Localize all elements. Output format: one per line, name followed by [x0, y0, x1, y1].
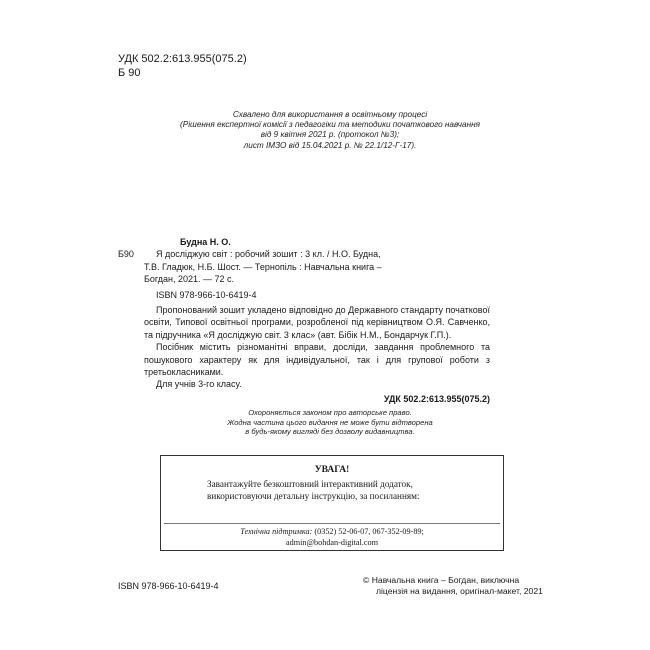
description-block: Б90 Я досліджую світ : робочий зошит : 3…	[118, 248, 490, 285]
bibliographic-record: Будна Н. О. Б90 Я досліджую світ : робоч…	[118, 236, 490, 405]
annotation-paragraph: Для учнів 3-го класу.	[144, 378, 490, 390]
attention-notice-box: УВАГА! Завантажуйте безкоштовний інтерак…	[160, 455, 504, 551]
approval-line: від 9 квітня 2021 р. (протокол №3);	[160, 130, 500, 140]
footer-copyright: © Навчальна книга – Богдан, виключна ліц…	[363, 575, 543, 596]
copyright-note-line: Охороняється законом про авторське право…	[160, 408, 500, 418]
support-label: Технічна підтримка:	[240, 527, 312, 536]
isbn: ISBN 978-966-10-6419-4	[118, 289, 490, 301]
support-email[interactable]: admin@bohdan-digital.com	[161, 538, 503, 549]
annotation: Пропонований зошит укладено відповідно д…	[118, 304, 490, 391]
approval-line: (Рішення експертної комісії з педагогіки…	[160, 120, 500, 130]
description-line: Т.В. Гладюк, Н.Б. Шост. — Тернопіль : На…	[144, 261, 490, 273]
copyright-protection-note: Охороняється законом про авторське право…	[160, 408, 500, 437]
approval-statement: Схвалено для використання в освітньому п…	[160, 110, 500, 151]
support-phones: (0352) 52-06-07, 067-352-09-89;	[312, 527, 423, 536]
copyright-line: © Навчальна книга – Богдан, виключна	[363, 575, 543, 586]
copyright-note-line: в будь-якому вигляді без дозволу видавни…	[160, 427, 500, 437]
copyright-line: ліцензія на видання, оригінал-макет, 202…	[363, 586, 543, 597]
tech-support: Технічна підтримка: (0352) 52-06-07, 067…	[161, 527, 503, 548]
notice-line: Завантажуйте безкоштовний інтерактивний …	[207, 478, 463, 490]
description-line: Я досліджую світ : робочий зошит : 3 кл.…	[144, 248, 490, 260]
approval-line: Схвалено для використання в освітньому п…	[160, 110, 500, 120]
notice-title: УВАГА!	[161, 465, 503, 475]
approval-line: лист ІМЗО від 15.04.2021 р. № 22.1/12-Г-…	[160, 141, 500, 151]
bbk-code: Б 90	[118, 66, 247, 80]
udk-code-bold: УДК 502.2:613.955(075.2)	[118, 393, 490, 405]
header-classification: УДК 502.2:613.955(075.2) Б 90	[118, 52, 247, 80]
annotation-paragraph: Пропонований зошит укладено відповідно д…	[144, 304, 490, 341]
annotation-paragraph: Посібник містить різноманітні вправи, до…	[144, 341, 490, 378]
copyright-note-line: Жодна частина цього видання не може бути…	[160, 418, 500, 428]
notice-line: використовуючи детальну інструкцію, за п…	[207, 490, 463, 502]
description-line: Богдан, 2021. — 72 с.	[144, 273, 490, 285]
author-cipher: Б90	[118, 248, 144, 285]
notice-divider	[164, 523, 500, 524]
udk-code: УДК 502.2:613.955(075.2)	[118, 52, 247, 66]
notice-body: Завантажуйте безкоштовний інтерактивний …	[207, 478, 463, 502]
footer-isbn: ISBN 978-966-10-6419-4	[118, 581, 219, 591]
author-heading: Будна Н. О.	[118, 236, 490, 248]
